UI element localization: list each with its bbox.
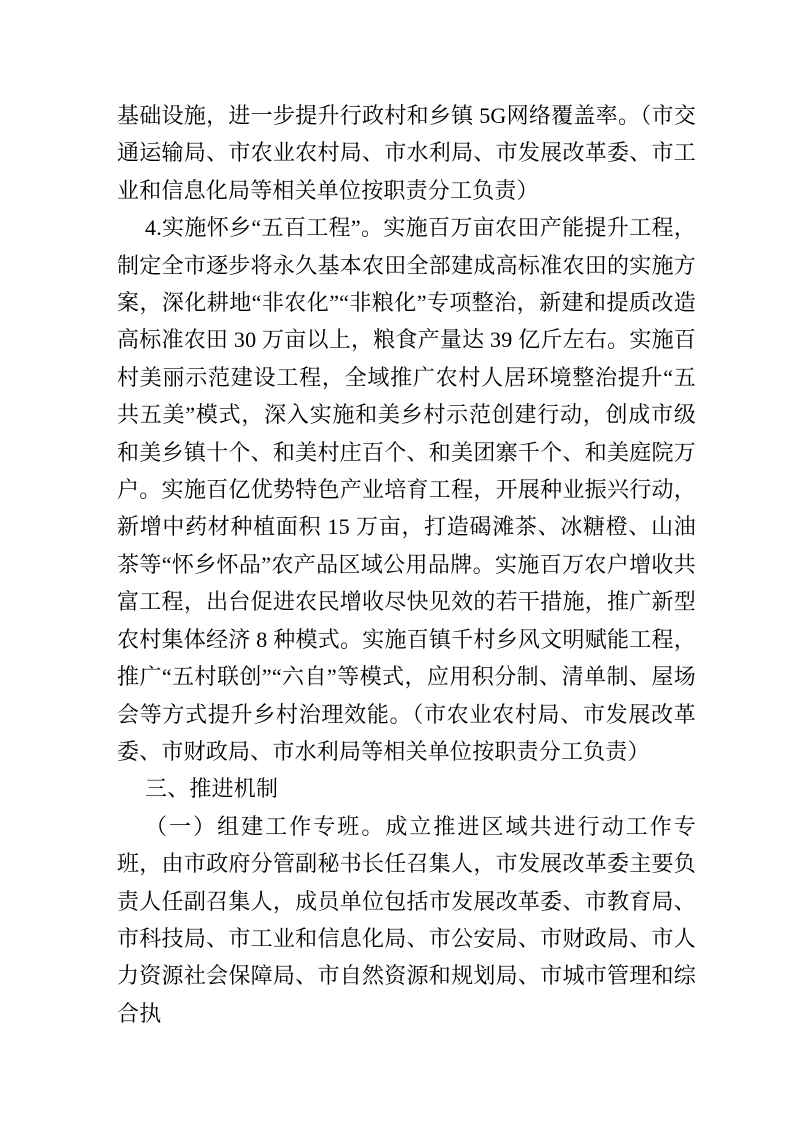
document-content: 基础设施，进一步提升行政村和乡镇 5G网络覆盖率。（市交通运输局、市农业农村局、… — [117, 97, 696, 1032]
paragraph-point-4: 4.实施怀乡“五百工程”。实施百万亩农田产能提升工程，制定全市逐步将永久基本农田… — [117, 209, 696, 770]
paragraph-subsection-1: （一）组建工作专班。成立推进区域共进行动工作专班，由市政府分管副秘书长任召集人，… — [117, 808, 696, 1032]
section-heading-3: 三、推进机制 — [117, 770, 696, 807]
document-page: 基础设施，进一步提升行政村和乡镇 5G网络覆盖率。（市交通运输局、市农业农村局、… — [0, 0, 793, 1122]
paragraph-continuation: 基础设施，进一步提升行政村和乡镇 5G网络覆盖率。（市交通运输局、市农业农村局、… — [117, 97, 696, 209]
